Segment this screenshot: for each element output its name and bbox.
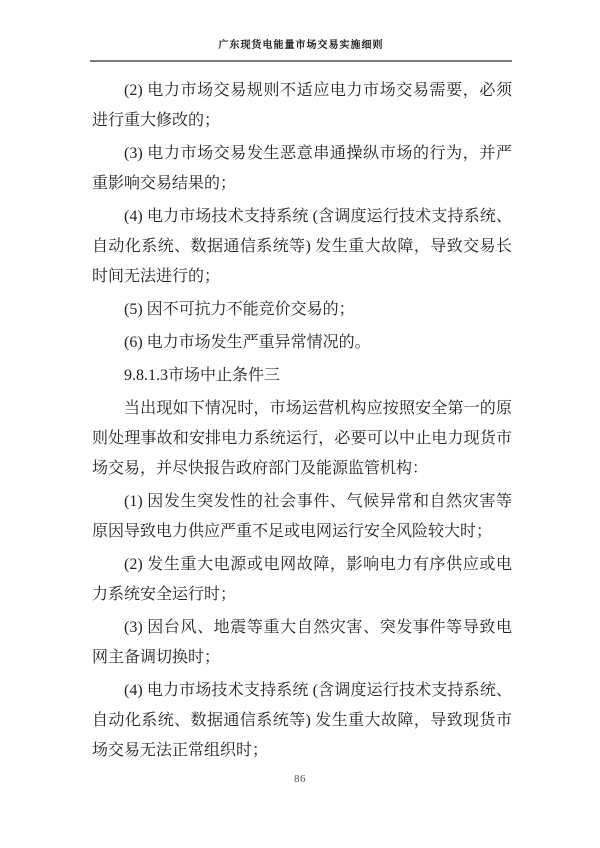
list-item: (4) 电力市场技术支持系统 (含调度运行技术支持系统、自动化系统、数据通信系统…	[92, 202, 512, 292]
section-heading: 9.8.1.3市场中止条件三	[92, 361, 512, 391]
list-item: (2) 电力市场交易规则不适应电力市场交易需要，必须进行重大修改的；	[92, 76, 512, 136]
list-item: (5) 因不可抗力不能竞价交易的；	[92, 295, 512, 325]
document-title: 广东现货电能量市场交易实施细则	[219, 40, 384, 51]
list-item: (1) 因发生突发性的社会事件、气候异常和自然灾害等原因导致电力供应严重不足或电…	[92, 487, 512, 547]
paragraph: 当出现如下情况时，市场运营机构应按照安全第一的原则处理事故和安排电力系统运行，必…	[92, 394, 512, 484]
document-body: (2) 电力市场交易规则不适应电力市场交易需要，必须进行重大修改的；(3) 电力…	[92, 62, 512, 766]
document-page: 广东现货电能量市场交易实施细则 (2) 电力市场交易规则不适应电力市场交易需要，…	[0, 0, 600, 848]
running-head: 广东现货电能量市场交易实施细则	[90, 0, 512, 62]
page-number: 86	[294, 773, 306, 785]
list-item: (3) 因台风、地震等重大自然灾害、突发事件等导致电网主备调切换时；	[92, 613, 512, 673]
page-footer: 86	[0, 769, 600, 787]
list-item: (2) 发生重大电源或电网故障，影响电力有序供应或电力系统安全运行时；	[92, 550, 512, 610]
list-item: (6) 电力市场发生严重异常情况的。	[92, 328, 512, 358]
list-item: (3) 电力市场交易发生恶意串通操纵市场的行为，并严重影响交易结果的；	[92, 139, 512, 199]
list-item: (4) 电力市场技术支持系统 (含调度运行技术支持系统、自动化系统、数据通信系统…	[92, 676, 512, 766]
